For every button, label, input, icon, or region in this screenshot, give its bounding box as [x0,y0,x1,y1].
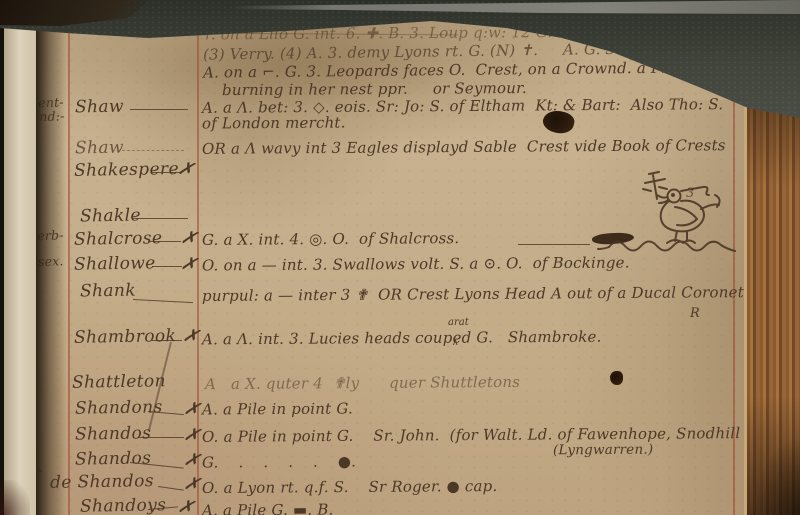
dove-wing [675,207,697,225]
small-ink-blot [610,371,623,385]
surname: Shallowe [74,253,156,274]
cover-bevel-highlight [230,0,800,16]
blazon-text: O. a Lyon rt. q.f. S. Sr Roger. ● cap. [202,477,498,497]
surname: Shandos [75,423,152,444]
blazon-secondary: of London mercht. [202,113,346,132]
surname: Shambrook [74,326,177,348]
surname: Shalcrose [74,228,163,250]
torse-wreath [609,242,735,252]
shalcross-trailing-dash [518,244,590,245]
entry-dash [133,218,188,219]
blazon-text: OR a Λ wavy int 3 Eagles displayd Sable … [202,136,726,158]
surname: Shandos [75,448,152,469]
blazon-text: A. a Pile G. ▬. B. [202,501,334,515]
gutter-shadow [36,28,66,515]
surname: Shattleton [72,371,166,393]
dove-body [661,201,704,232]
surname: Shank [80,281,136,302]
manuscript-photo: Seymor r. on a Lilo G. int. 6. ✚. B. 3. … [0,0,800,515]
ruling-line-county [68,30,70,515]
insertion-text: arat [448,317,469,328]
cover-corner-dark [0,0,150,30]
blazon-text: G. . . . . ●. [202,452,356,471]
pen-stroke [681,187,709,195]
surname: Shaw [75,138,124,159]
surname: Shandoys [80,495,167,515]
blazon-text: O. on a — int. 3. Swallows volt. S. a ⊙.… [202,254,630,275]
blazon-secondary: (Lyngwarren.) [553,442,653,459]
x-mark: ✗ [176,495,196,515]
entry-dash [152,266,182,267]
beak [657,195,667,198]
blazon-text: purpul: a — inter 3 ✟ OR Crest Lyons Hea… [202,283,744,305]
surname: Shandons [75,397,163,419]
dove-crest-sketch [597,165,747,257]
opposite-page-edge [4,28,38,515]
blazon-text: A. a Pile in point G. [202,399,353,418]
ruling-line-right [733,96,735,515]
entry-dash [130,109,188,110]
surname: Shaw [75,97,124,118]
blazon-text: G. a X. int. 4. ◎. O. of Shalcross. [202,229,459,249]
dove-feet [667,240,695,243]
surname: Shakle [80,205,141,226]
blazon-text: O. a Pile in point G. Sr. John. (for Wal… [202,424,740,446]
blazon-text: A a X. quter 4 ✟ly quer Shuttletons [205,373,520,393]
bottom-left-shade [0,480,30,515]
bottom-right-shade [756,440,800,515]
blazon-text: A. a Λ. int. 3. Lucies heads couped G. S… [202,328,602,349]
surname: Shakespere [74,159,179,181]
insertion-caret: ∧ [452,338,459,348]
entry-dash [122,150,184,151]
subscript-note: R [690,306,700,321]
